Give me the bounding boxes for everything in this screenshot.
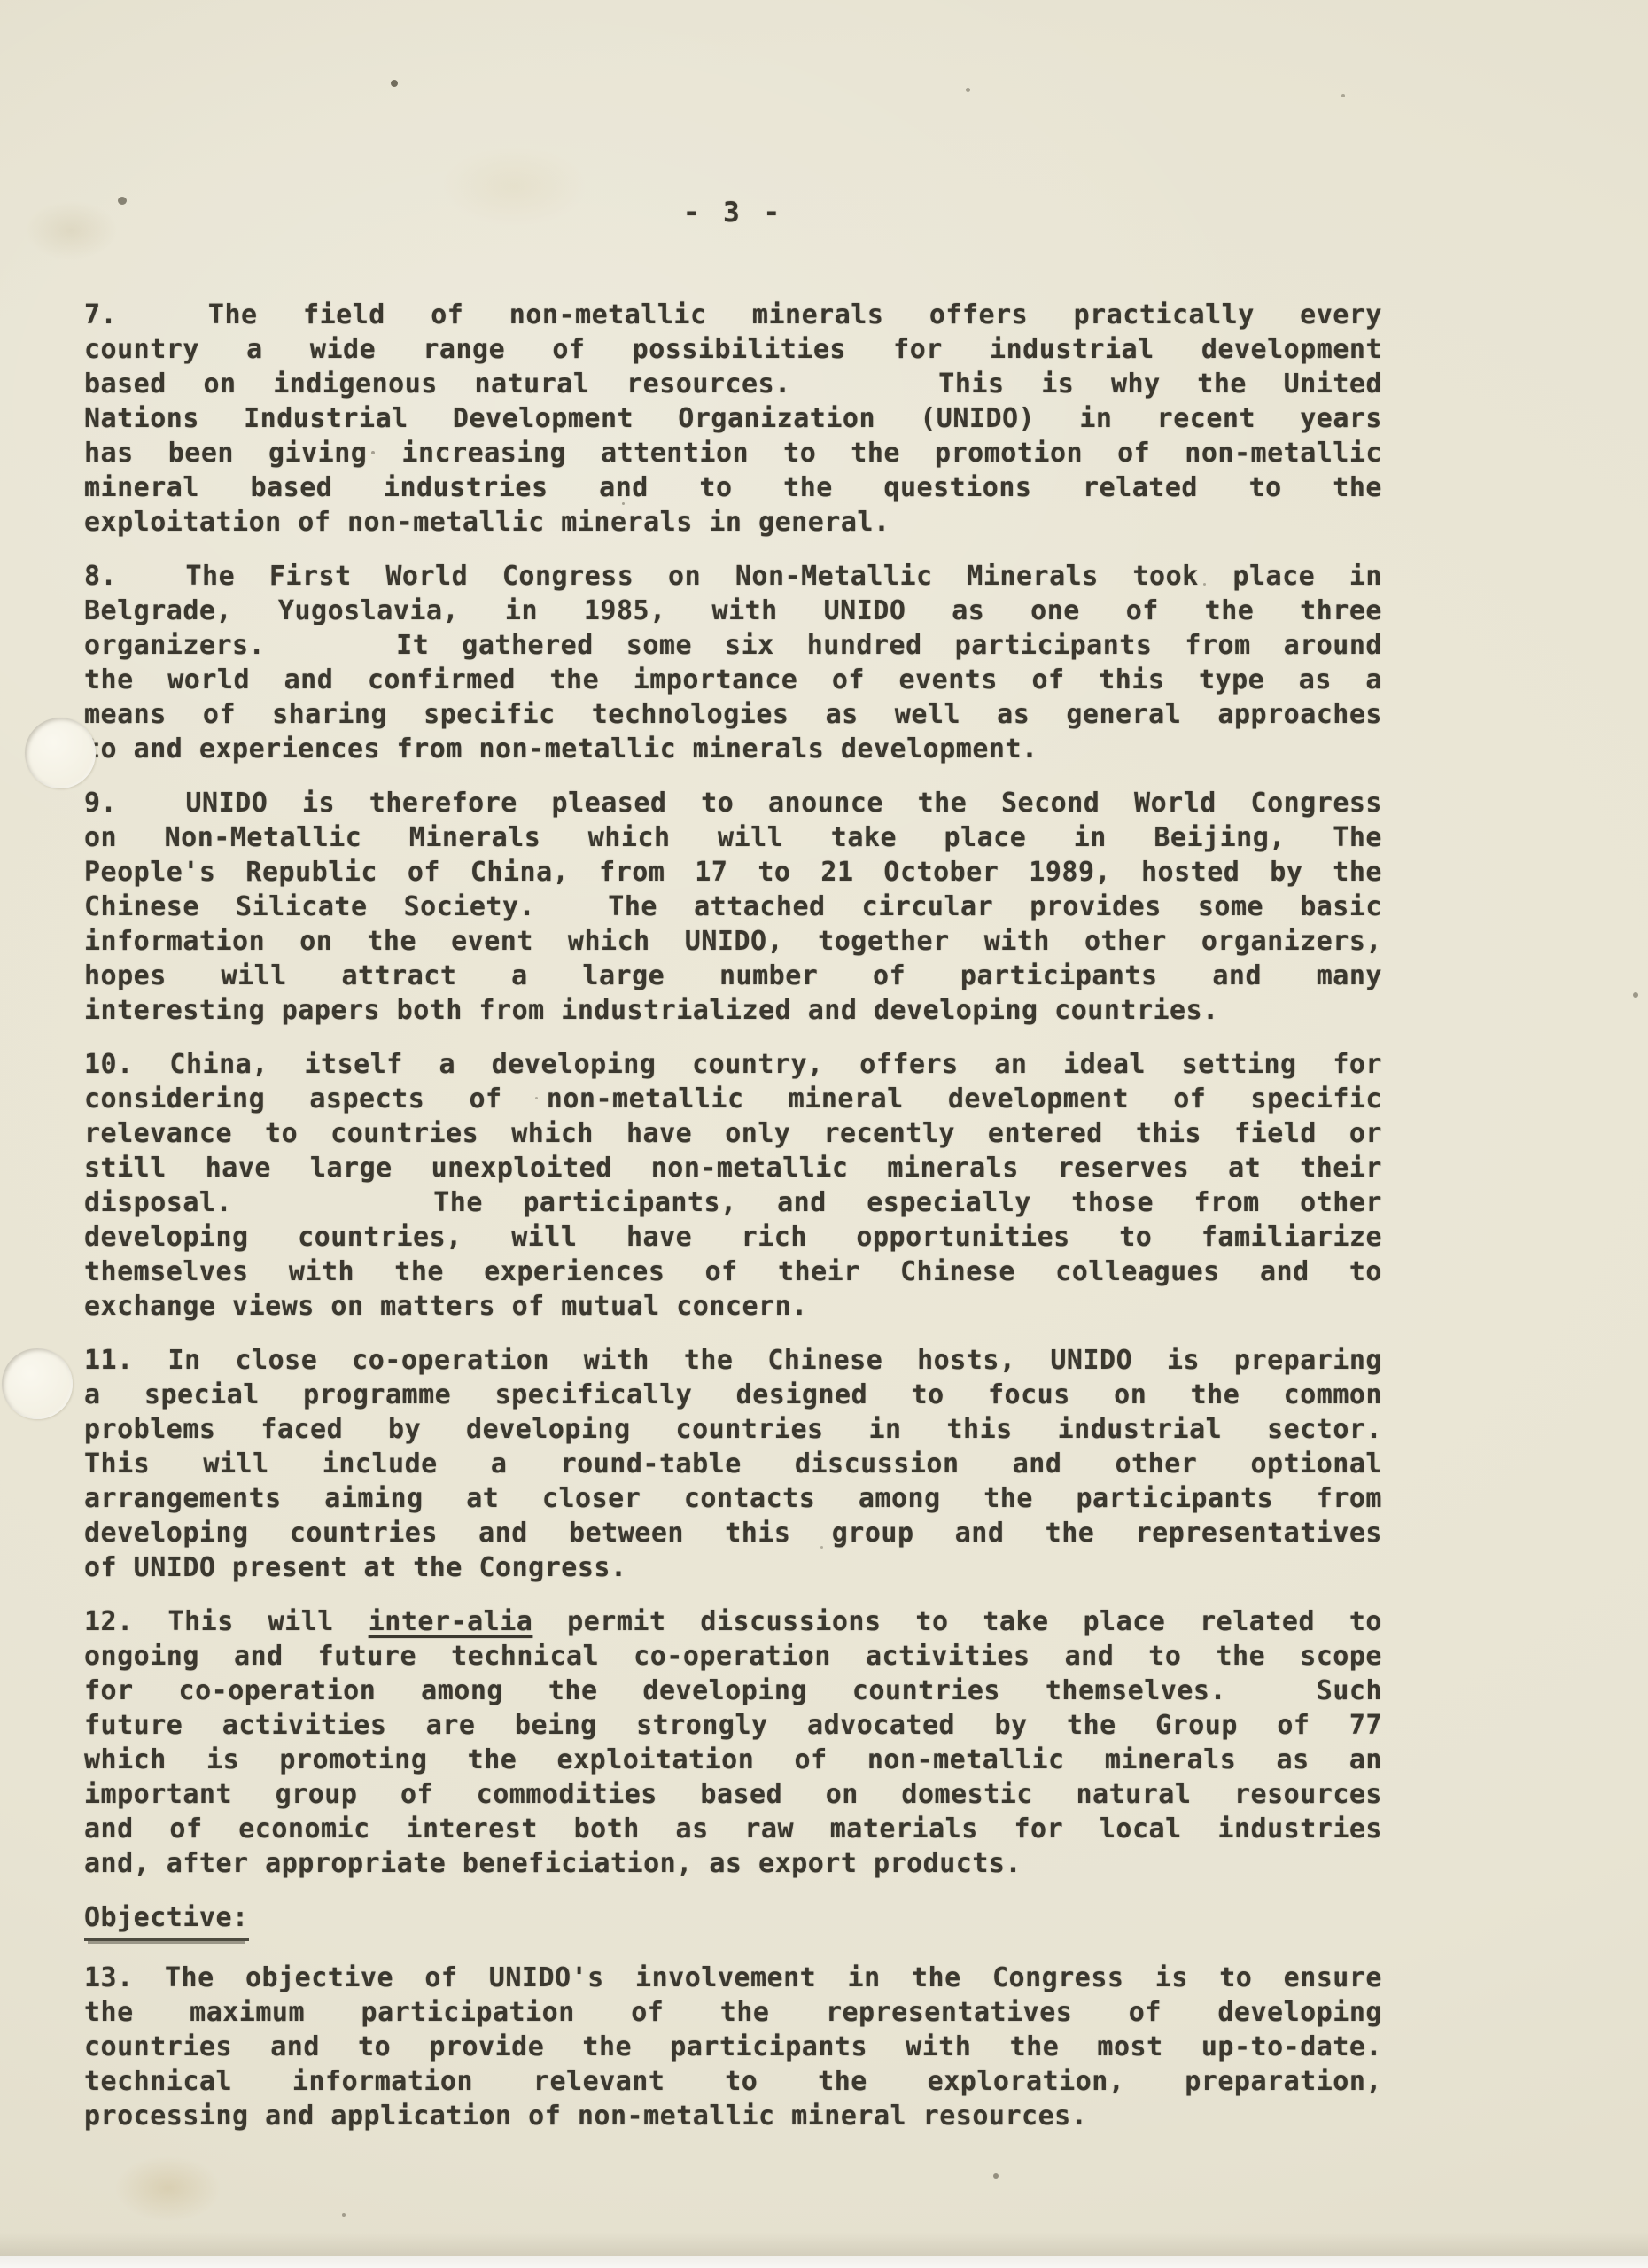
text-line: a special programme specifically designe… [84,1378,1382,1412]
text-line: organizers. It gathered some six hundred… [84,628,1382,663]
paper-speck [993,2173,999,2179]
text-line: country a wide range of possibilities fo… [84,332,1382,367]
text-line: mineral based industries and to the ques… [84,470,1382,505]
text-line: the maximum participation of the represe… [84,1995,1382,2030]
paper-speck [118,197,127,205]
text-line: 12. This will inter-alia permit discussi… [84,1604,1382,1639]
punch-hole-bottom [2,1348,73,1419]
text-line: Nations Industrial Development Organizat… [84,401,1382,436]
text-line: disposal. The participants, and especial… [84,1185,1382,1220]
paper-speck [342,2213,346,2217]
objective-heading: Objective: [84,1900,1382,1941]
text-line: and, after appropriate beneficiation, as… [84,1846,1382,1881]
text-line: important group of commodities based on … [84,1777,1382,1812]
paragraph-10: 10. China, itself a developing country, … [84,1047,1382,1324]
text-line: for co-operation among the developing co… [84,1674,1382,1708]
text-line: themselves with the experiences of their… [84,1254,1382,1289]
heading-text: Objective: [84,1900,249,1941]
text-line: People's Republic of China, from 17 to 2… [84,855,1382,889]
paper-speck [1633,992,1638,998]
text-line: processing and application of non-metall… [84,2099,1382,2133]
text-line: arrangements aiming at closer contacts a… [84,1481,1382,1516]
text-line: information on the event which UNIDO, to… [84,924,1382,959]
text-line: has been giving increasing attention to … [84,436,1382,470]
paper-sheet: - 3 - 7. The field of non-metallic miner… [0,0,1648,2256]
text-line: on Non-Metallic Minerals which will take… [84,820,1382,855]
paper-speck [820,1546,823,1549]
text-line: 8. The First World Congress on Non-Metal… [84,559,1382,594]
text-line: future activities are being strongly adv… [84,1708,1382,1743]
text-line: relevance to countries which have only r… [84,1116,1382,1151]
text-line: exchange views on matters of mutual conc… [84,1289,1382,1324]
paper-stain [97,2144,239,2233]
paragraph-7: 7. The field of non-metallic minerals of… [84,298,1382,540]
punch-hole-top [25,718,96,788]
paper-speck [371,451,375,454]
text-line: hopes will attract a large number of par… [84,959,1382,993]
paragraph-11: 11. In close co-operation with the Chine… [84,1343,1382,1585]
paragraph-9: 9. UNIDO is therefore pleased to anounce… [84,786,1382,1028]
text-line: developing countries, will have rich opp… [84,1220,1382,1254]
text-line: considering aspects of non-metallic mine… [84,1082,1382,1116]
text-line: and of economic interest both as raw mat… [84,1812,1382,1846]
text-line: developing countries and between this gr… [84,1516,1382,1550]
scanner-background [0,2256,1648,2268]
text-line: to and experiences from non-metallic min… [84,732,1382,766]
text-line: based on indigenous natural resources. T… [84,367,1382,401]
text-line: countries and to provide the participant… [84,2030,1382,2064]
text-line: exploitation of non-metallic minerals in… [84,505,1382,540]
text-line: 9. UNIDO is therefore pleased to anounce… [84,786,1382,820]
document-text-column: 7. The field of non-metallic minerals of… [84,298,1382,2153]
text-line: Chinese Silicate Society. The attached c… [84,889,1382,924]
page-number: - 3 - [84,197,1382,229]
text-line: the world and confirmed the importance o… [84,663,1382,697]
text-line: technical information relevant to the ex… [84,2064,1382,2099]
paper-speck [1341,94,1345,97]
text-line: 11. In close co-operation with the Chine… [84,1343,1382,1378]
paper-speck [1203,583,1206,586]
underlined-phrase: inter-alia [369,1606,533,1637]
text-line: interesting papers both from industriali… [84,993,1382,1028]
paragraph-12: 12. This will inter-alia permit discussi… [84,1604,1382,1881]
text-line: 13. The objective of UNIDO's involvement… [84,1961,1382,1995]
text-line: ongoing and future technical co-operatio… [84,1639,1382,1674]
text-line: still have large unexploited non-metalli… [84,1151,1382,1185]
paper-speck [391,80,398,87]
text-line: This will include a round-table discussi… [84,1447,1382,1481]
paper-speck [622,502,625,505]
text-line: of UNIDO present at the Congress. [84,1550,1382,1585]
text-line: problems faced by developing countries i… [84,1412,1382,1447]
text-line: 7. The field of non-metallic minerals of… [84,298,1382,332]
text-line: which is promoting the exploitation of n… [84,1743,1382,1777]
paragraph-8: 8. The First World Congress on Non-Metal… [84,559,1382,766]
paper-speck [535,1097,538,1099]
text-line: means of sharing specific technologies a… [84,697,1382,732]
paragraph-13: 13. The objective of UNIDO's involvement… [84,1961,1382,2133]
text-line: Belgrade, Yugoslavia, in 1985, with UNID… [84,594,1382,628]
text-line: 10. China, itself a developing country, … [84,1047,1382,1082]
paper-speck [966,88,970,92]
